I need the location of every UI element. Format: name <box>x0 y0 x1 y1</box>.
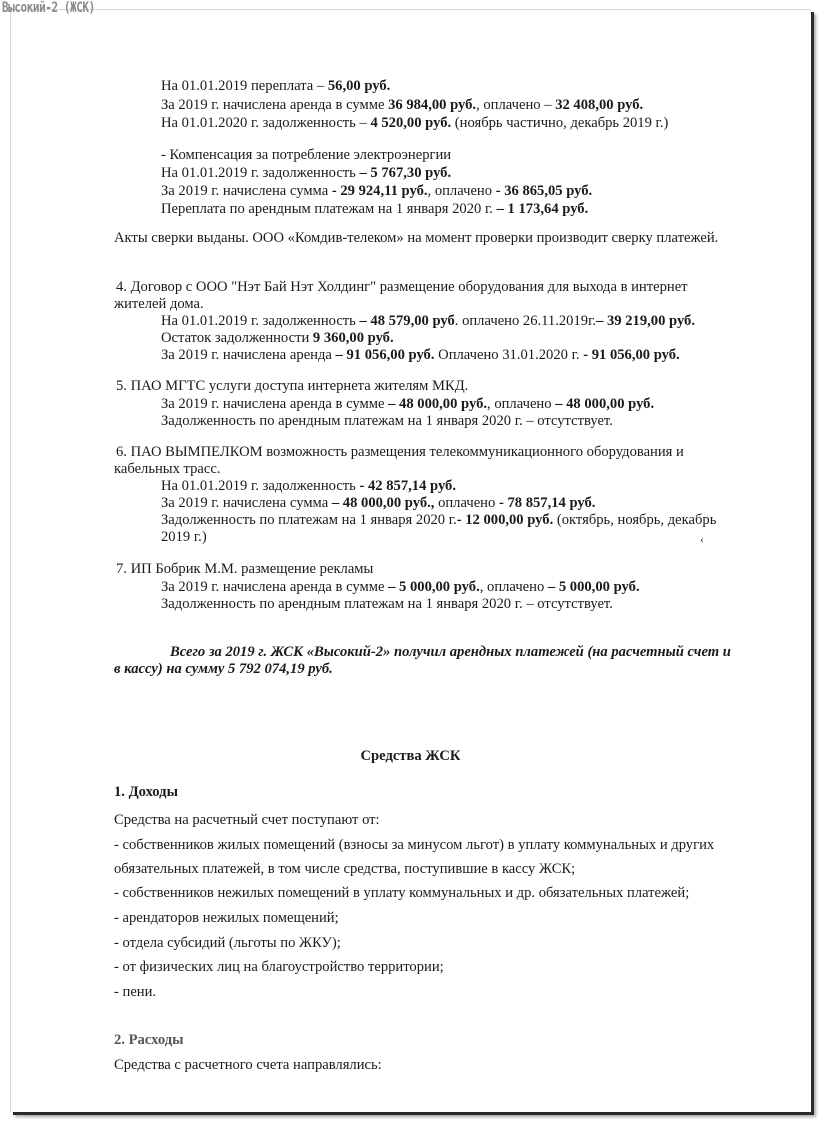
total-line-2: в кассу) на сумму 5 792 074,19 руб. <box>114 660 333 678</box>
item-4-line-1: На 01.01.2019 г. задолженность – 48 579,… <box>161 312 695 330</box>
item-4-title-cont: жителей дома. <box>114 295 204 313</box>
block-b-line-3: Переплата по арендным платежам на 1 янва… <box>161 200 588 218</box>
block-a-line-1: На 01.01.2019 переплата – 56,00 руб. <box>161 77 390 95</box>
income-item: - арендаторов нежилых помещений; <box>114 909 339 927</box>
stray-mark: ‹ <box>700 532 704 547</box>
item-4-line-2: Остаток задолженности 9 360,00 руб. <box>161 329 394 347</box>
item-7-line-2: Задолженность по арендным платежам на 1 … <box>161 595 613 613</box>
income-heading: 1. Доходы <box>114 783 178 801</box>
block-a-line-2: За 2019 г. начислена аренда в сумме 36 9… <box>161 96 643 114</box>
item-6-line-3: Задолженность по платежам на 1 января 20… <box>161 511 716 529</box>
item-6-title: 6. ПАО ВЫМПЕЛКОМ возможность размещения … <box>116 443 684 461</box>
document-label: Высокий-2 (ЖСК) <box>2 0 95 16</box>
expense-intro: Средства с расчетного счета направлялись… <box>114 1056 382 1074</box>
expense-heading: 2. Расходы <box>114 1031 183 1049</box>
item-5-line-1: За 2019 г. начислена аренда в сумме – 48… <box>161 395 654 413</box>
income-item: обязательных платежей, в том числе средс… <box>114 860 575 878</box>
item-4-line-3: За 2019 г. начислена аренда – 91 056,00 … <box>161 346 680 364</box>
item-7-line-1: За 2019 г. начислена аренда в сумме – 5 … <box>161 578 640 596</box>
section-title: Средства ЖСК <box>0 748 821 765</box>
income-item: - собственников нежилых помещений в упла… <box>114 884 689 902</box>
income-item: - собственников жилых помещений (взносы … <box>114 836 714 854</box>
item-6-line-4: 2019 г.) <box>161 528 207 546</box>
block-b-line-1: На 01.01.2019 г. задолженность – 5 767,3… <box>161 164 451 182</box>
item-6-line-1: На 01.01.2019 г. задолженность - 42 857,… <box>161 477 456 495</box>
income-item: - от физических лиц на благоустройство т… <box>114 958 444 976</box>
item-5-line-2: Задолженность по арендным платежам на 1 … <box>161 412 613 430</box>
income-intro: Средства на расчетный счет поступают от: <box>114 811 380 829</box>
block-a-line-3: На 01.01.2020 г. задолженность – 4 520,0… <box>161 114 668 132</box>
income-item: - пени. <box>114 983 156 1001</box>
item-6-title-cont: кабельных трасс. <box>114 460 221 478</box>
item-6-line-2: За 2019 г. начислена сумма – 48 000,00 р… <box>161 494 595 512</box>
income-item: - отдела субсидий (льготы по ЖКУ); <box>114 934 341 952</box>
block-b-title: - Компенсация за потребление электроэнер… <box>161 146 451 164</box>
acts-note: Акты сверки выданы. ООО «Комдив-телеком»… <box>114 229 718 247</box>
block-b-line-2: За 2019 г. начислена сумма - 29 924,11 р… <box>161 182 592 200</box>
item-4-title: 4. Договор с ООО "Нэт Бай Нэт Холдинг" р… <box>116 278 688 296</box>
total-line-1: Всего за 2019 г. ЖСК «Высокий-2» получил… <box>170 643 731 661</box>
item-7-title: 7. ИП Бобрик М.М. размещение рекламы <box>116 560 373 578</box>
item-5-title: 5. ПАО МГТС услуги доступа интернета жит… <box>116 377 468 395</box>
